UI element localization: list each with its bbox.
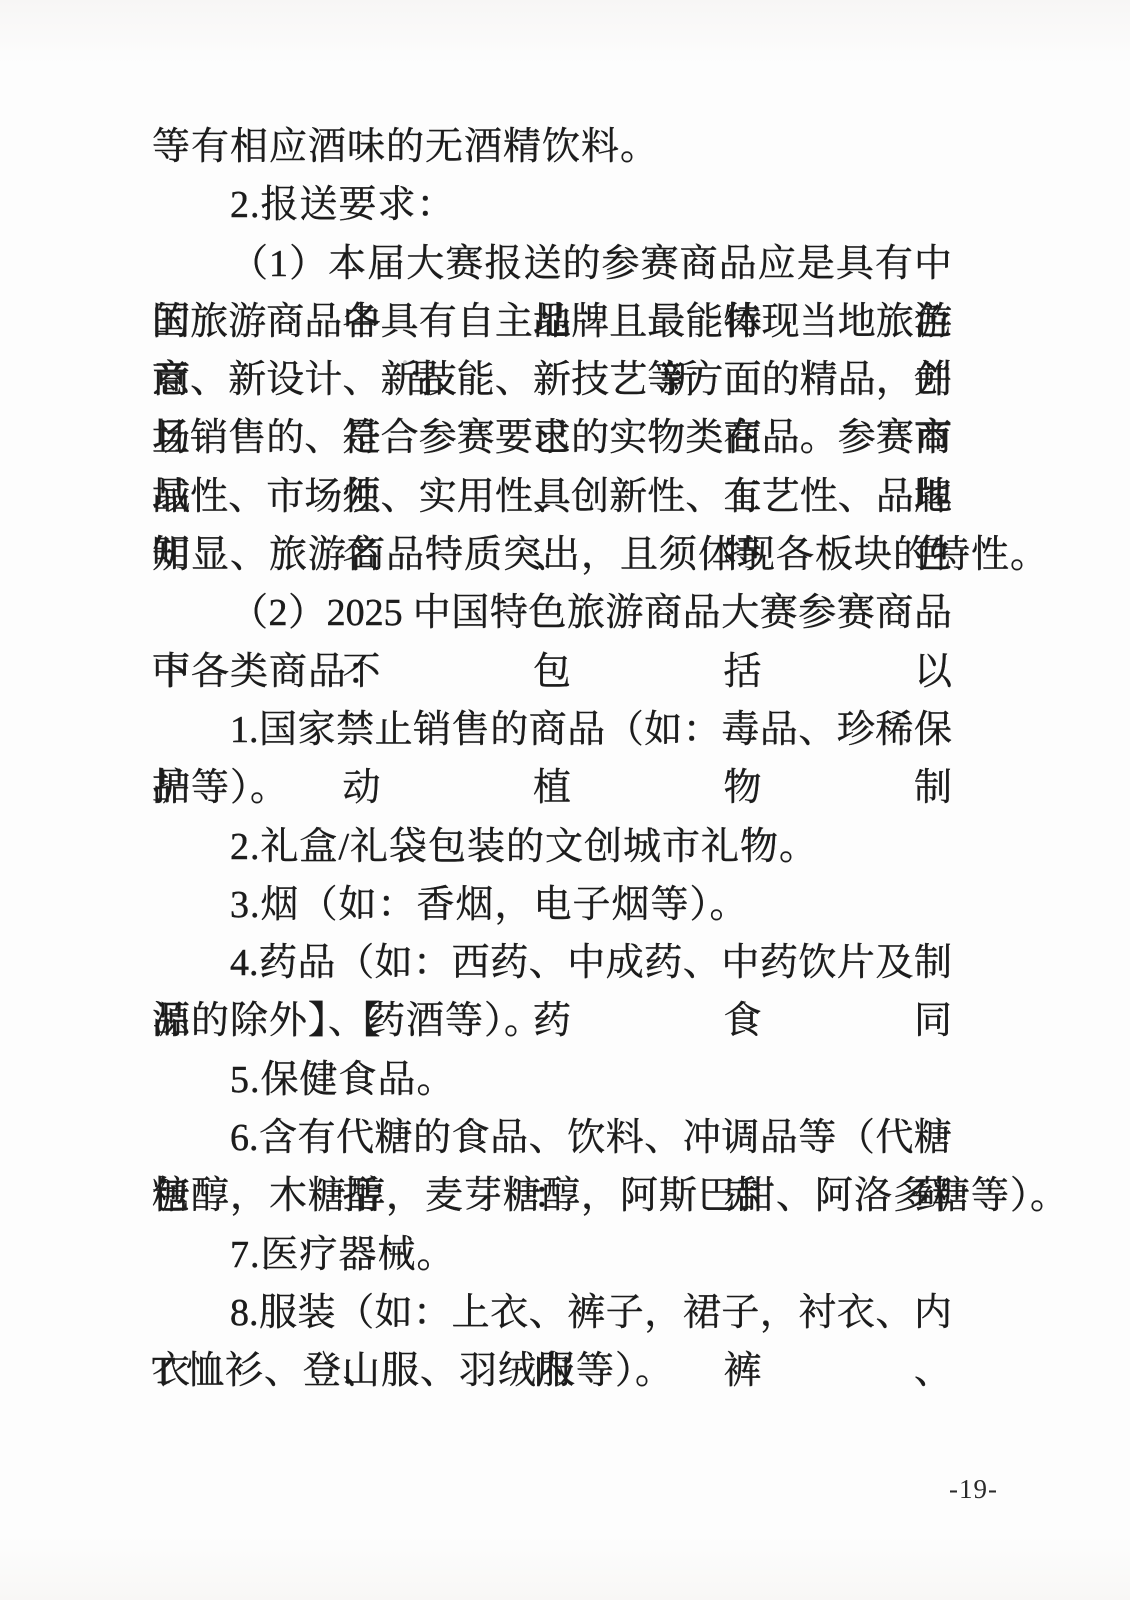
text-line: 6.含有代糖的食品、饮料、冲调品等（代糖包括：赤藓 <box>152 1109 952 1167</box>
text-line: 糖醇，木糖醇，麦芽糖醇，阿斯巴甜、阿洛多糖等）。 <box>152 1167 952 1225</box>
text-line: 5.保健食品。 <box>152 1051 952 1109</box>
text-line: 等有相应酒味的无酒精饮料。 <box>152 118 952 176</box>
text-line: （2）2025 中国特色旅游商品大赛参赛商品中不包括以 <box>152 584 952 642</box>
text-line: 的旅游商品中具有自主品牌且最能体现当地旅游商品新创 <box>152 293 952 351</box>
text-line: 场销售的、符合参赛要求的实物类商品。参赛商品须具有地 <box>152 409 952 467</box>
text-line: 2.礼盒/礼袋包装的文创城市礼物。 <box>152 818 952 876</box>
text-line: 8.服装（如：上衣、裤子，裙子，衬衣、内衣、内裤、 <box>152 1284 952 1342</box>
document-page: 等有相应酒味的无酒精饮料。2.报送要求：（1）本届大赛报送的参赛商品应是具有中国… <box>0 0 1130 1600</box>
text-line: 1.国家禁止销售的商品（如：毒品、珍稀保护动植物制 <box>152 701 952 759</box>
text-line: 4.药品（如：西药、中成药、中药饮片及制品【药食同 <box>152 934 952 992</box>
text-line: （1）本届大赛报送的参赛商品应是具有中国各地特色 <box>152 235 952 293</box>
text-line: 域性、市场性、实用性、创新性、工艺性、品牌知名、特色 <box>152 468 952 526</box>
text-line: 7.医疗器械。 <box>152 1226 952 1284</box>
page-number: -19- <box>949 1474 998 1505</box>
document-body: 等有相应酒味的无酒精饮料。2.报送要求：（1）本届大赛报送的参赛商品应是具有中国… <box>152 118 952 1401</box>
text-line: 意、新设计、新技能、新技艺等方面的精品，并且是已在市 <box>152 351 952 409</box>
text-line: 3.烟（如：香烟，电子烟等）。 <box>152 876 952 934</box>
text-line: 2.报送要求： <box>152 176 952 234</box>
text-line: 明显、旅游商品特质突出，且须体现各板块的特性。 <box>152 526 952 584</box>
